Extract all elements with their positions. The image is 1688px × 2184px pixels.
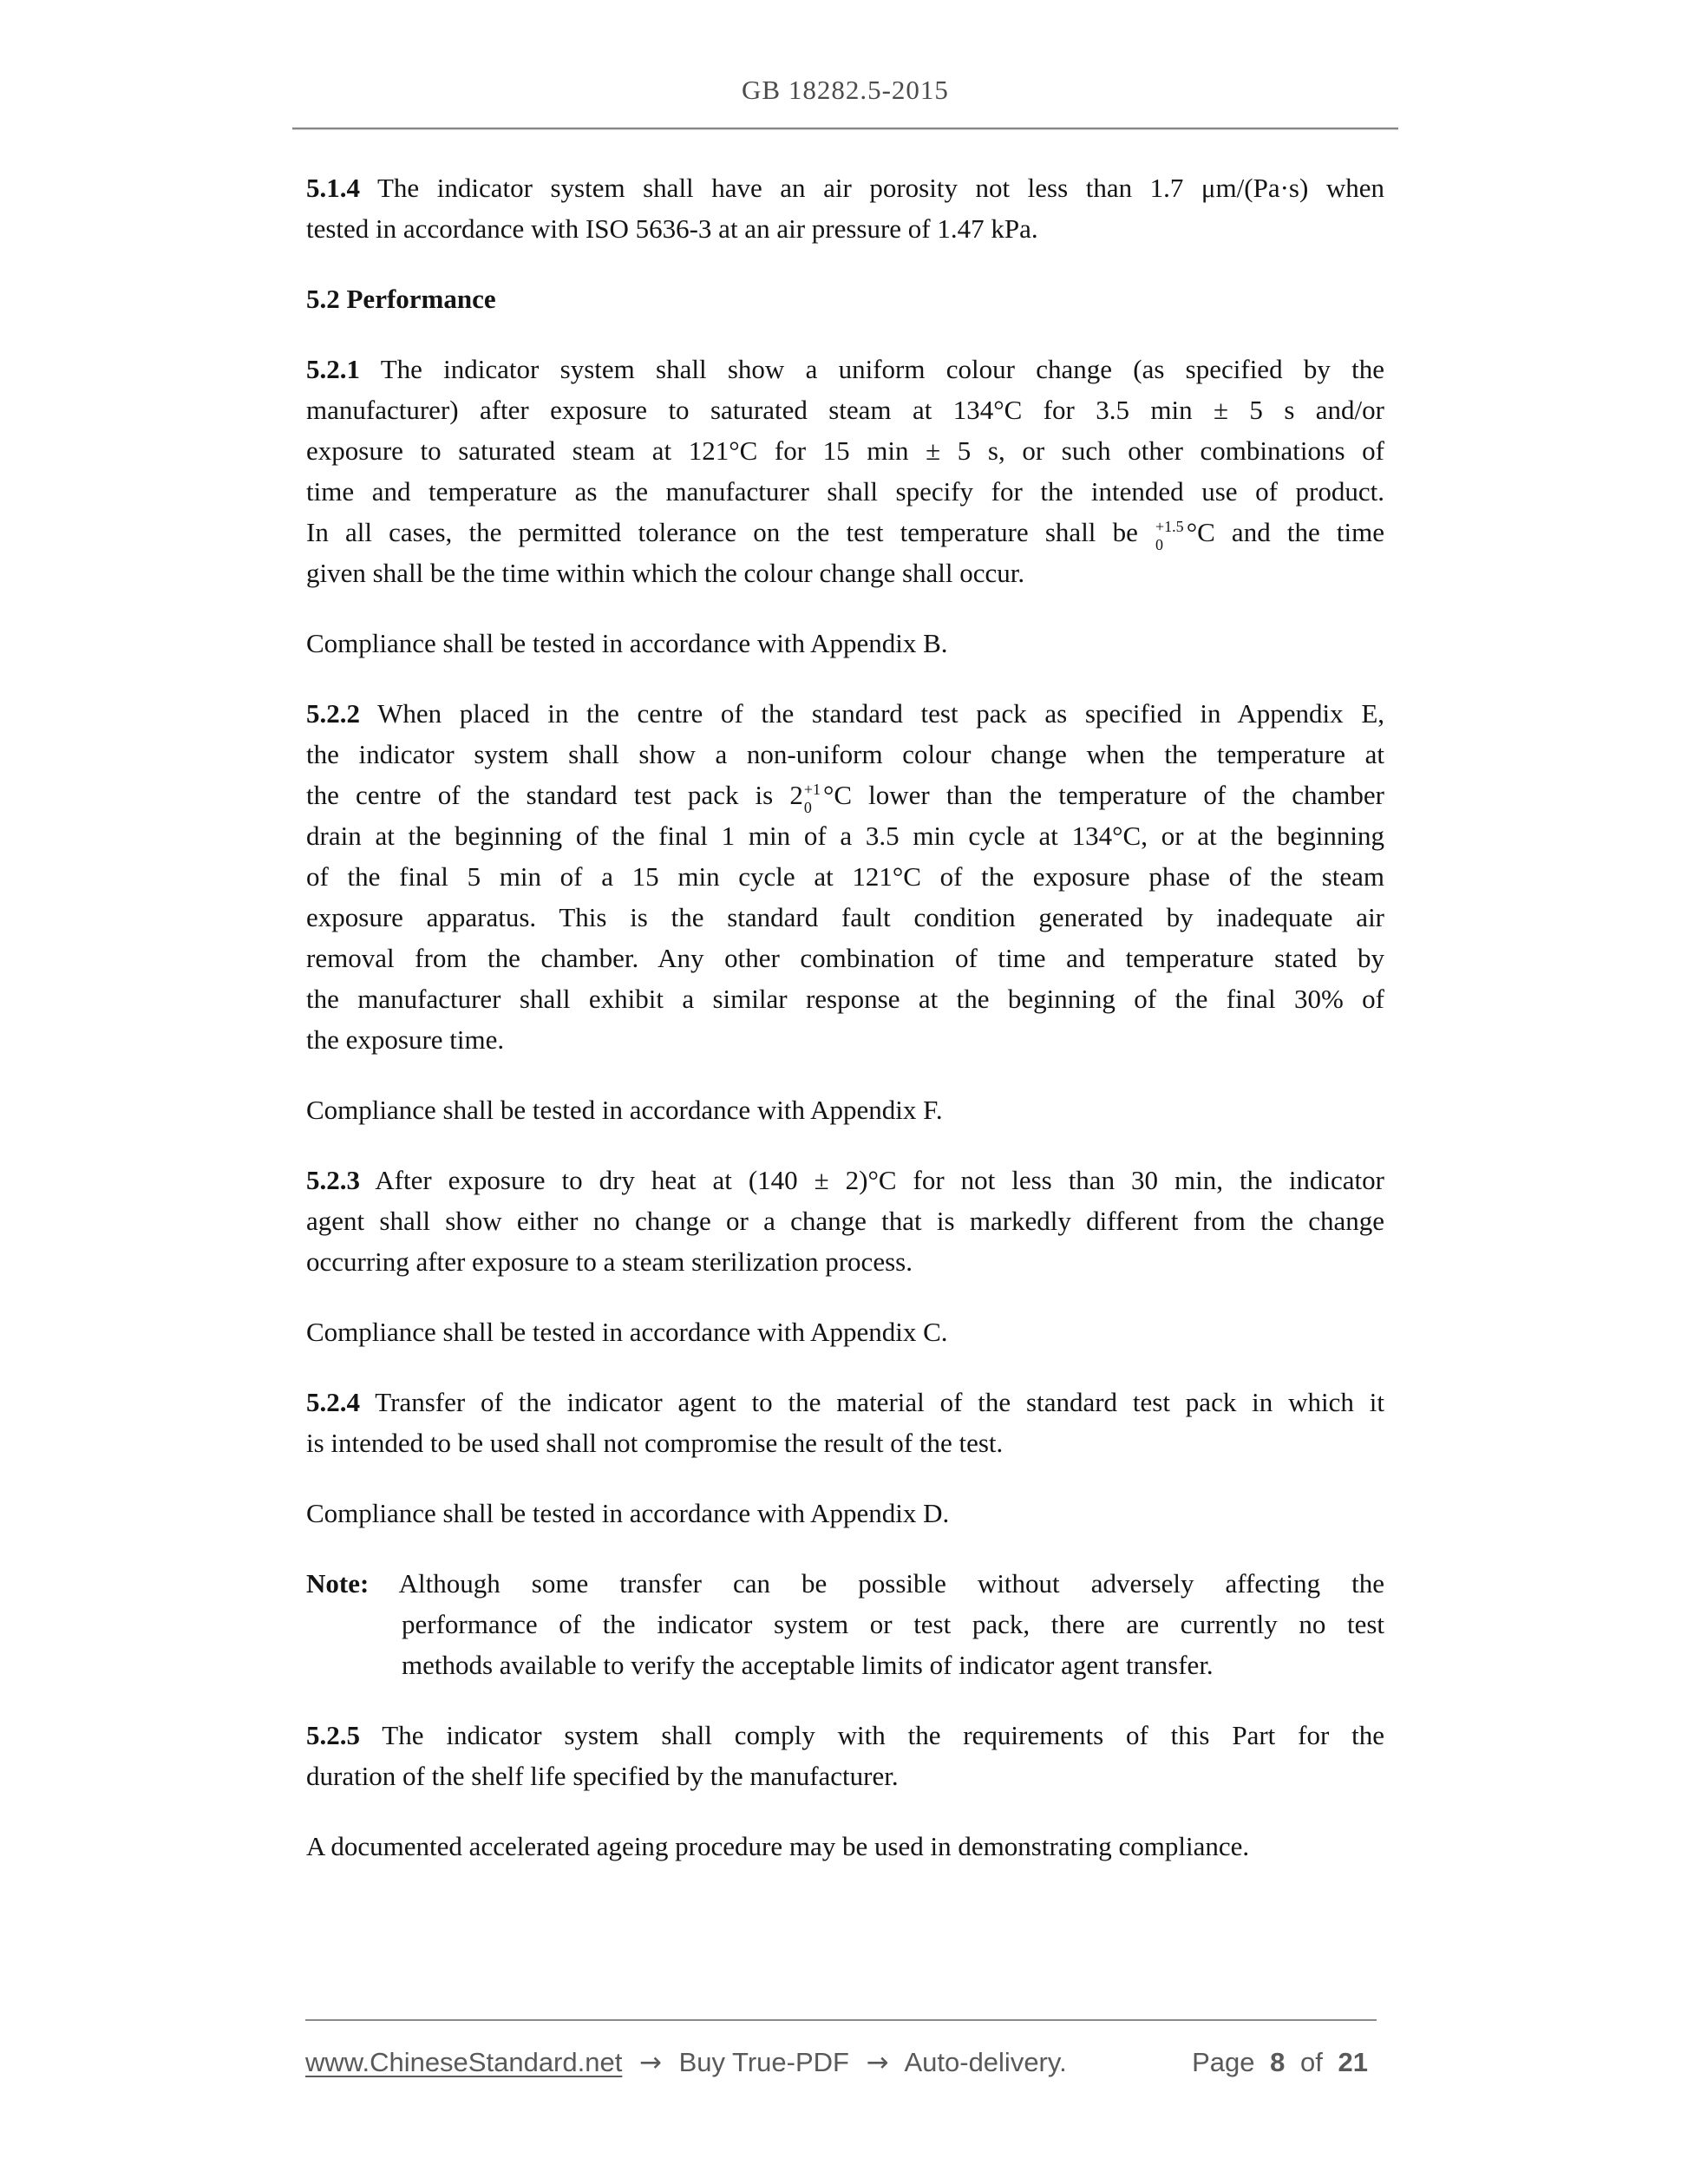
note-line-1: Note: Although some transfer can be poss… <box>402 1563 1384 1604</box>
note-line-3: methods available to verify the acceptab… <box>402 1645 1384 1685</box>
temperature-tolerance: +1.50 <box>1155 519 1184 553</box>
arrow-icon: → <box>639 2047 662 2078</box>
section-5-2-2-line-1: 5.2.2 When placed in the centre of the s… <box>306 693 1384 734</box>
document-page: GB 18282.5-2015 5.1.4 The indicator syst… <box>0 0 1688 2184</box>
section-5-2-1-line-6: given shall be the time within which the… <box>306 553 1384 593</box>
heading-5-2: 5.2 Performance <box>306 278 1384 319</box>
section-5-2-2-line-9: the exposure time. <box>306 1019 1384 1060</box>
section-5-2-4: 5.2.4 Transfer of the indicator agent to… <box>306 1382 1384 1463</box>
section-5-2-2-line-3: the centre of the standard test pack is … <box>306 775 1384 815</box>
section-5-2-1-line-3: exposure to saturated steam at 121°C for… <box>306 430 1384 471</box>
compliance-appendix-b: Compliance shall be tested in accordance… <box>306 623 1384 664</box>
section-5-2-2-line-6: exposure apparatus. This is the standard… <box>306 897 1384 938</box>
section-5-2-1: 5.2.1 The indicator system shall show a … <box>306 349 1384 593</box>
footer-delivery-text: Auto-delivery. <box>904 2047 1066 2077</box>
section-5-2-2-line-7: removal from the chamber. Any other comb… <box>306 938 1384 978</box>
section-5-2-2-line-5: of the final 5 min of a 15 min cycle at … <box>306 856 1384 897</box>
compliance-appendix-c: Compliance shall be tested in accordance… <box>306 1311 1384 1352</box>
compliance-appendix-d-line-1: Compliance shall be tested in accordance… <box>306 1493 1384 1533</box>
section-5-2-5-line-2: duration of the shelf life specified by … <box>306 1756 1384 1796</box>
section-5-2-1-line-5: In all cases, the permitted tolerance on… <box>306 512 1384 553</box>
section-5-2-4-line-2: is intended to be used shall not comprom… <box>306 1422 1384 1463</box>
compliance-appendix-b-line-1: Compliance shall be tested in accordance… <box>306 623 1384 664</box>
section-5-2-4-line-1: 5.2.4 Transfer of the indicator agent to… <box>306 1382 1384 1422</box>
page-indicator: Page 8 of 21 <box>1184 2045 1368 2080</box>
site-link[interactable]: www.ChineseStandard.net <box>305 2047 622 2077</box>
document-footer: www.ChineseStandard.net → Buy True-PDF →… <box>305 2045 1368 2080</box>
page-label: Page <box>1192 2047 1254 2077</box>
section-5-2-5-line-1: 5.2.5 The indicator system shall comply … <box>306 1715 1384 1756</box>
page-current-number: 8 <box>1270 2047 1285 2077</box>
note: Note: Although some transfer can be poss… <box>306 1563 1384 1685</box>
closing-statement-line-1: A documented accelerated ageing procedur… <box>306 1826 1384 1867</box>
section-5-2-3: 5.2.3 After exposure to dry heat at (140… <box>306 1160 1384 1282</box>
footer-left: www.ChineseStandard.net → Buy True-PDF →… <box>305 2045 1067 2080</box>
section-5-2-2-line-4: drain at the beginning of the final 1 mi… <box>306 815 1384 856</box>
compliance-appendix-d: Compliance shall be tested in accordance… <box>306 1493 1384 1533</box>
footer-rule <box>305 2019 1377 2021</box>
section-5-2-3-line-1: 5.2.3 After exposure to dry heat at (140… <box>306 1160 1384 1200</box>
footer-buy-text: Buy True-PDF <box>679 2047 849 2077</box>
section-5-1-4: 5.1.4 The indicator system shall have an… <box>306 167 1384 249</box>
of-label: of <box>1300 2047 1323 2077</box>
section-5-2-1-line-1: 5.2.1 The indicator system shall show a … <box>306 349 1384 389</box>
compliance-appendix-f: Compliance shall be tested in accordance… <box>306 1089 1384 1130</box>
section-5-1-4-line-1: 5.1.4 The indicator system shall have an… <box>306 167 1384 208</box>
section-5-2-2-line-2: the indicator system shall show a non-un… <box>306 734 1384 775</box>
temperature-tolerance: +10 <box>804 781 821 815</box>
section-5-2-5: 5.2.5 The indicator system shall comply … <box>306 1715 1384 1796</box>
compliance-appendix-f-line-1: Compliance shall be tested in accordance… <box>306 1089 1384 1130</box>
section-5-2-3-line-3: occurring after exposure to a steam ster… <box>306 1241 1384 1282</box>
section-5-2-3-line-2: agent shall show either no change or a c… <box>306 1200 1384 1241</box>
section-5-2-1-line-2: manufacturer) after exposure to saturate… <box>306 389 1384 430</box>
document-body: 5.1.4 The indicator system shall have an… <box>306 0 1384 1896</box>
closing-statement: A documented accelerated ageing procedur… <box>306 1826 1384 1867</box>
note-line-2: performance of the indicator system or t… <box>402 1604 1384 1645</box>
arrow-icon: → <box>867 2047 889 2078</box>
section-5-2-2-line-8: the manufacturer shall exhibit a similar… <box>306 978 1384 1019</box>
section-5-2-2: 5.2.2 When placed in the centre of the s… <box>306 693 1384 1060</box>
page-total-number: 21 <box>1338 2047 1368 2077</box>
section-5-2-1-line-4: time and temperature as the manufacturer… <box>306 471 1384 512</box>
heading-5-2-line-1: 5.2 Performance <box>306 278 1384 319</box>
section-5-1-4-line-2: tested in accordance with ISO 5636-3 at … <box>306 208 1384 249</box>
compliance-appendix-c-line-1: Compliance shall be tested in accordance… <box>306 1311 1384 1352</box>
